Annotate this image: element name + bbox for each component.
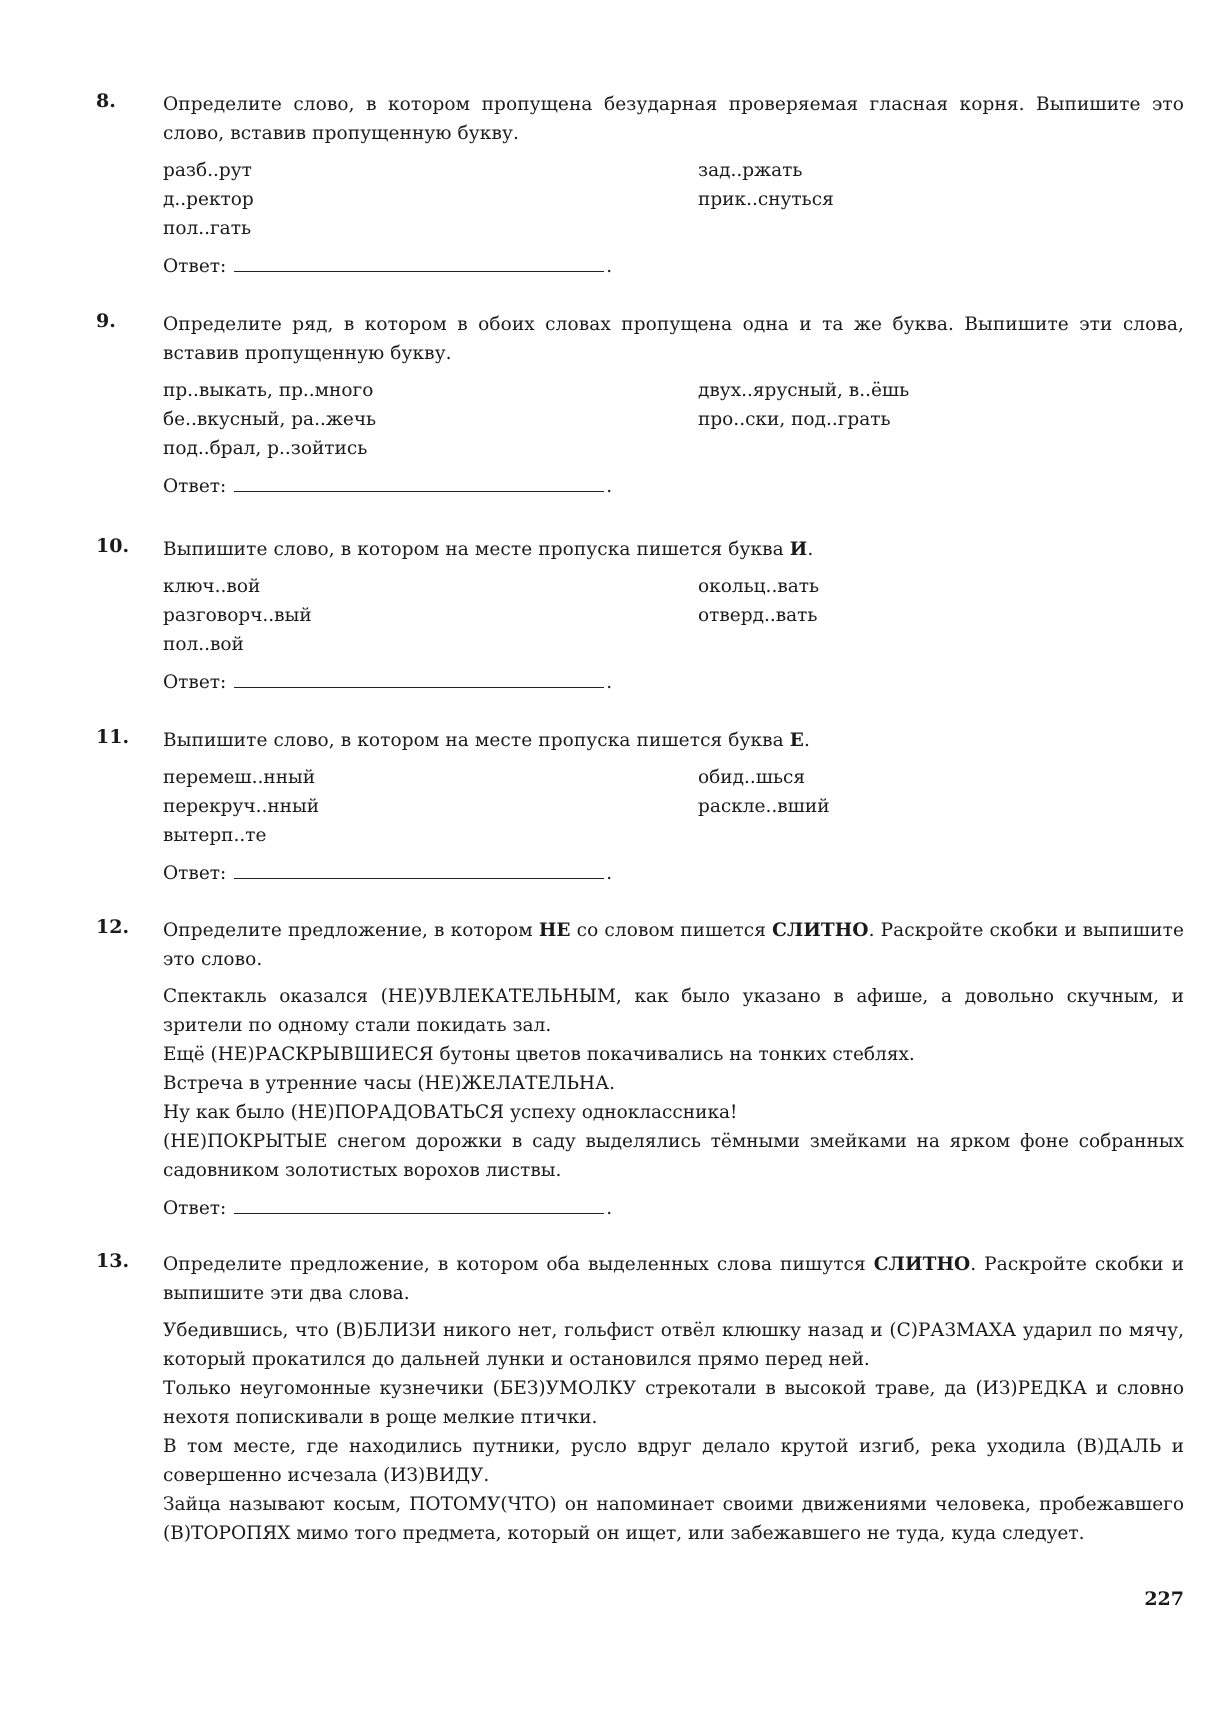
task-number: 13. [96,1250,129,1272]
sentence: (НЕ)ПОКРЫТЫЕ снегом дорожки в саду выдел… [163,1127,1184,1185]
option: раскле..вший [698,792,1184,821]
answer-label: Ответ: [163,252,226,281]
task-question: Выпишите слово, в котором на месте пропу… [163,726,1184,755]
option: разб..рут [163,156,698,185]
answer-label: Ответ: [163,668,226,697]
option: ключ..вой [163,572,698,601]
sentence: Встреча в утренние часы (НЕ)ЖЕЛАТЕЛЬНА. [163,1069,1184,1098]
option: пр..выкать, пр..много [163,376,698,405]
option: пол..гать [163,214,698,243]
answer-field[interactable] [234,858,604,879]
option: разговорч..вый [163,601,698,630]
answer-field[interactable] [234,471,604,492]
option: д..ректор [163,185,698,214]
answer-row: Ответ: . [163,858,1184,888]
word-options: разб..рут зад..ржать д..ректор прик..сну… [163,156,1184,243]
sentence: Убедившись, что (В)БЛИЗИ никого нет, гол… [163,1316,1184,1374]
task-13: 13. Определите предложение, в котором об… [96,1250,1184,1548]
task-number: 8. [96,90,116,112]
task-question: Определите предложение, в котором оба вы… [163,1250,1184,1308]
word-options: ключ..вой окольц..вать разговорч..вый от… [163,572,1184,659]
sentence: Зайца называют косым, ПОТОМУ(ЧТО) он нап… [163,1490,1184,1548]
task-10: 10. Выпишите слово, в котором на месте п… [96,535,1184,697]
answer-label: Ответ: [163,472,226,501]
answer-label: Ответ: [163,859,226,888]
task-number: 9. [96,310,116,332]
option: про..ски, под..грать [698,405,1184,434]
answer-row: Ответ: . [163,471,1184,501]
answer-row: Ответ: . [163,251,1184,281]
sentence: Ну как было (НЕ)ПОРАДОВАТЬСЯ успеху одно… [163,1098,1184,1127]
sentence: Только неугомонные кузнечики (БЕЗ)УМОЛКУ… [163,1374,1184,1432]
option: отверд..вать [698,601,1184,630]
option: вытерп..те [163,821,698,850]
answer-field[interactable] [234,1193,604,1214]
option: прик..снуться [698,185,1184,214]
answer-row: Ответ: . [163,1193,1184,1223]
sentence: В том месте, где находились путники, рус… [163,1432,1184,1490]
sentence: Спектакль оказался (НЕ)УВЛЕКАТЕЛЬНЫМ, ка… [163,982,1184,1040]
answer-field[interactable] [234,251,604,272]
option: пол..вой [163,630,698,659]
option: двух..ярусный, в..ёшь [698,376,1184,405]
task-question: Определите слово, в котором пропущена бе… [163,90,1184,148]
answer-field[interactable] [234,667,604,688]
word-options: перемеш..нный обид..шься перекруч..нный … [163,763,1184,850]
task-question: Определите ряд, в котором в обоих словах… [163,310,1184,368]
answer-label: Ответ: [163,1194,226,1223]
page-number: 227 [1144,1588,1184,1610]
option: бе..вкусный, ра..жечь [163,405,698,434]
word-options: пр..выкать, пр..много двух..ярусный, в..… [163,376,1184,463]
sentence: Ещё (НЕ)РАСКРЫВШИЕСЯ бутоны цветов покач… [163,1040,1184,1069]
option: перекруч..нный [163,792,698,821]
textbook-page: 8. Определите слово, в котором пропущена… [0,0,1210,1712]
task-question: Определите предложение, в котором НЕ со … [163,916,1184,974]
task-8: 8. Определите слово, в котором пропущена… [96,90,1184,281]
sentence-list: Спектакль оказался (НЕ)УВЛЕКАТЕЛЬНЫМ, ка… [163,982,1184,1185]
option: обид..шься [698,763,1184,792]
answer-row: Ответ: . [163,667,1184,697]
option: окольц..вать [698,572,1184,601]
task-11: 11. Выпишите слово, в котором на месте п… [96,726,1184,888]
task-question: Выпишите слово, в котором на месте пропу… [163,535,1184,564]
task-number: 11. [96,726,129,748]
option: зад..ржать [698,156,1184,185]
option: перемеш..нный [163,763,698,792]
task-number: 10. [96,535,129,557]
task-9: 9. Определите ряд, в котором в обоих сло… [96,310,1184,501]
sentence-list: Убедившись, что (В)БЛИЗИ никого нет, гол… [163,1316,1184,1548]
option: под..брал, р..зойтись [163,434,698,463]
task-12: 12. Определите предложение, в котором НЕ… [96,916,1184,1223]
task-number: 12. [96,916,129,938]
